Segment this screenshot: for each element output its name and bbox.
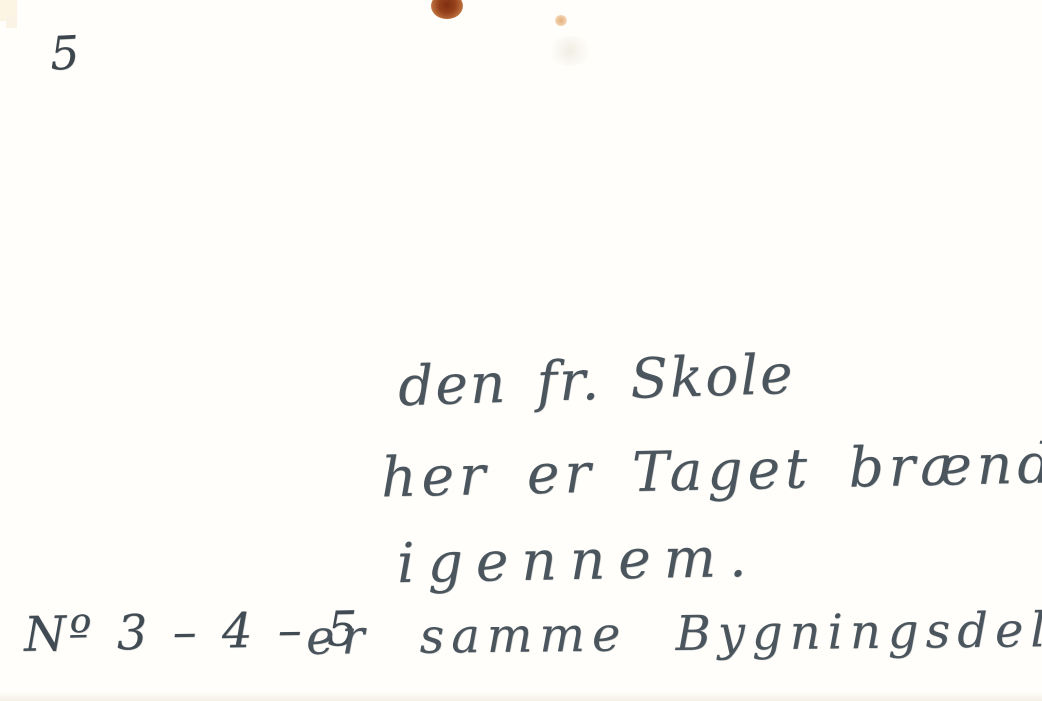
handwriting-line-3: igennem. <box>396 525 759 595</box>
handwriting-line-2: her er Taget brændt <box>380 431 1042 510</box>
handwriting-line-1: den fr. Skole <box>397 342 795 418</box>
scanned-note-page: 5 den fr. Skole her er Taget brændt igen… <box>0 0 1042 701</box>
scan-bottom-shadow <box>0 692 1042 701</box>
handwriting-line-4-text: er samme Bygningsdel <box>306 602 1042 666</box>
paper-corner-discoloration-2 <box>6 17 17 28</box>
small-stain <box>555 15 567 26</box>
page-number: 5 <box>49 25 81 80</box>
faint-smudge <box>548 36 592 66</box>
rust-stain <box>431 0 463 19</box>
